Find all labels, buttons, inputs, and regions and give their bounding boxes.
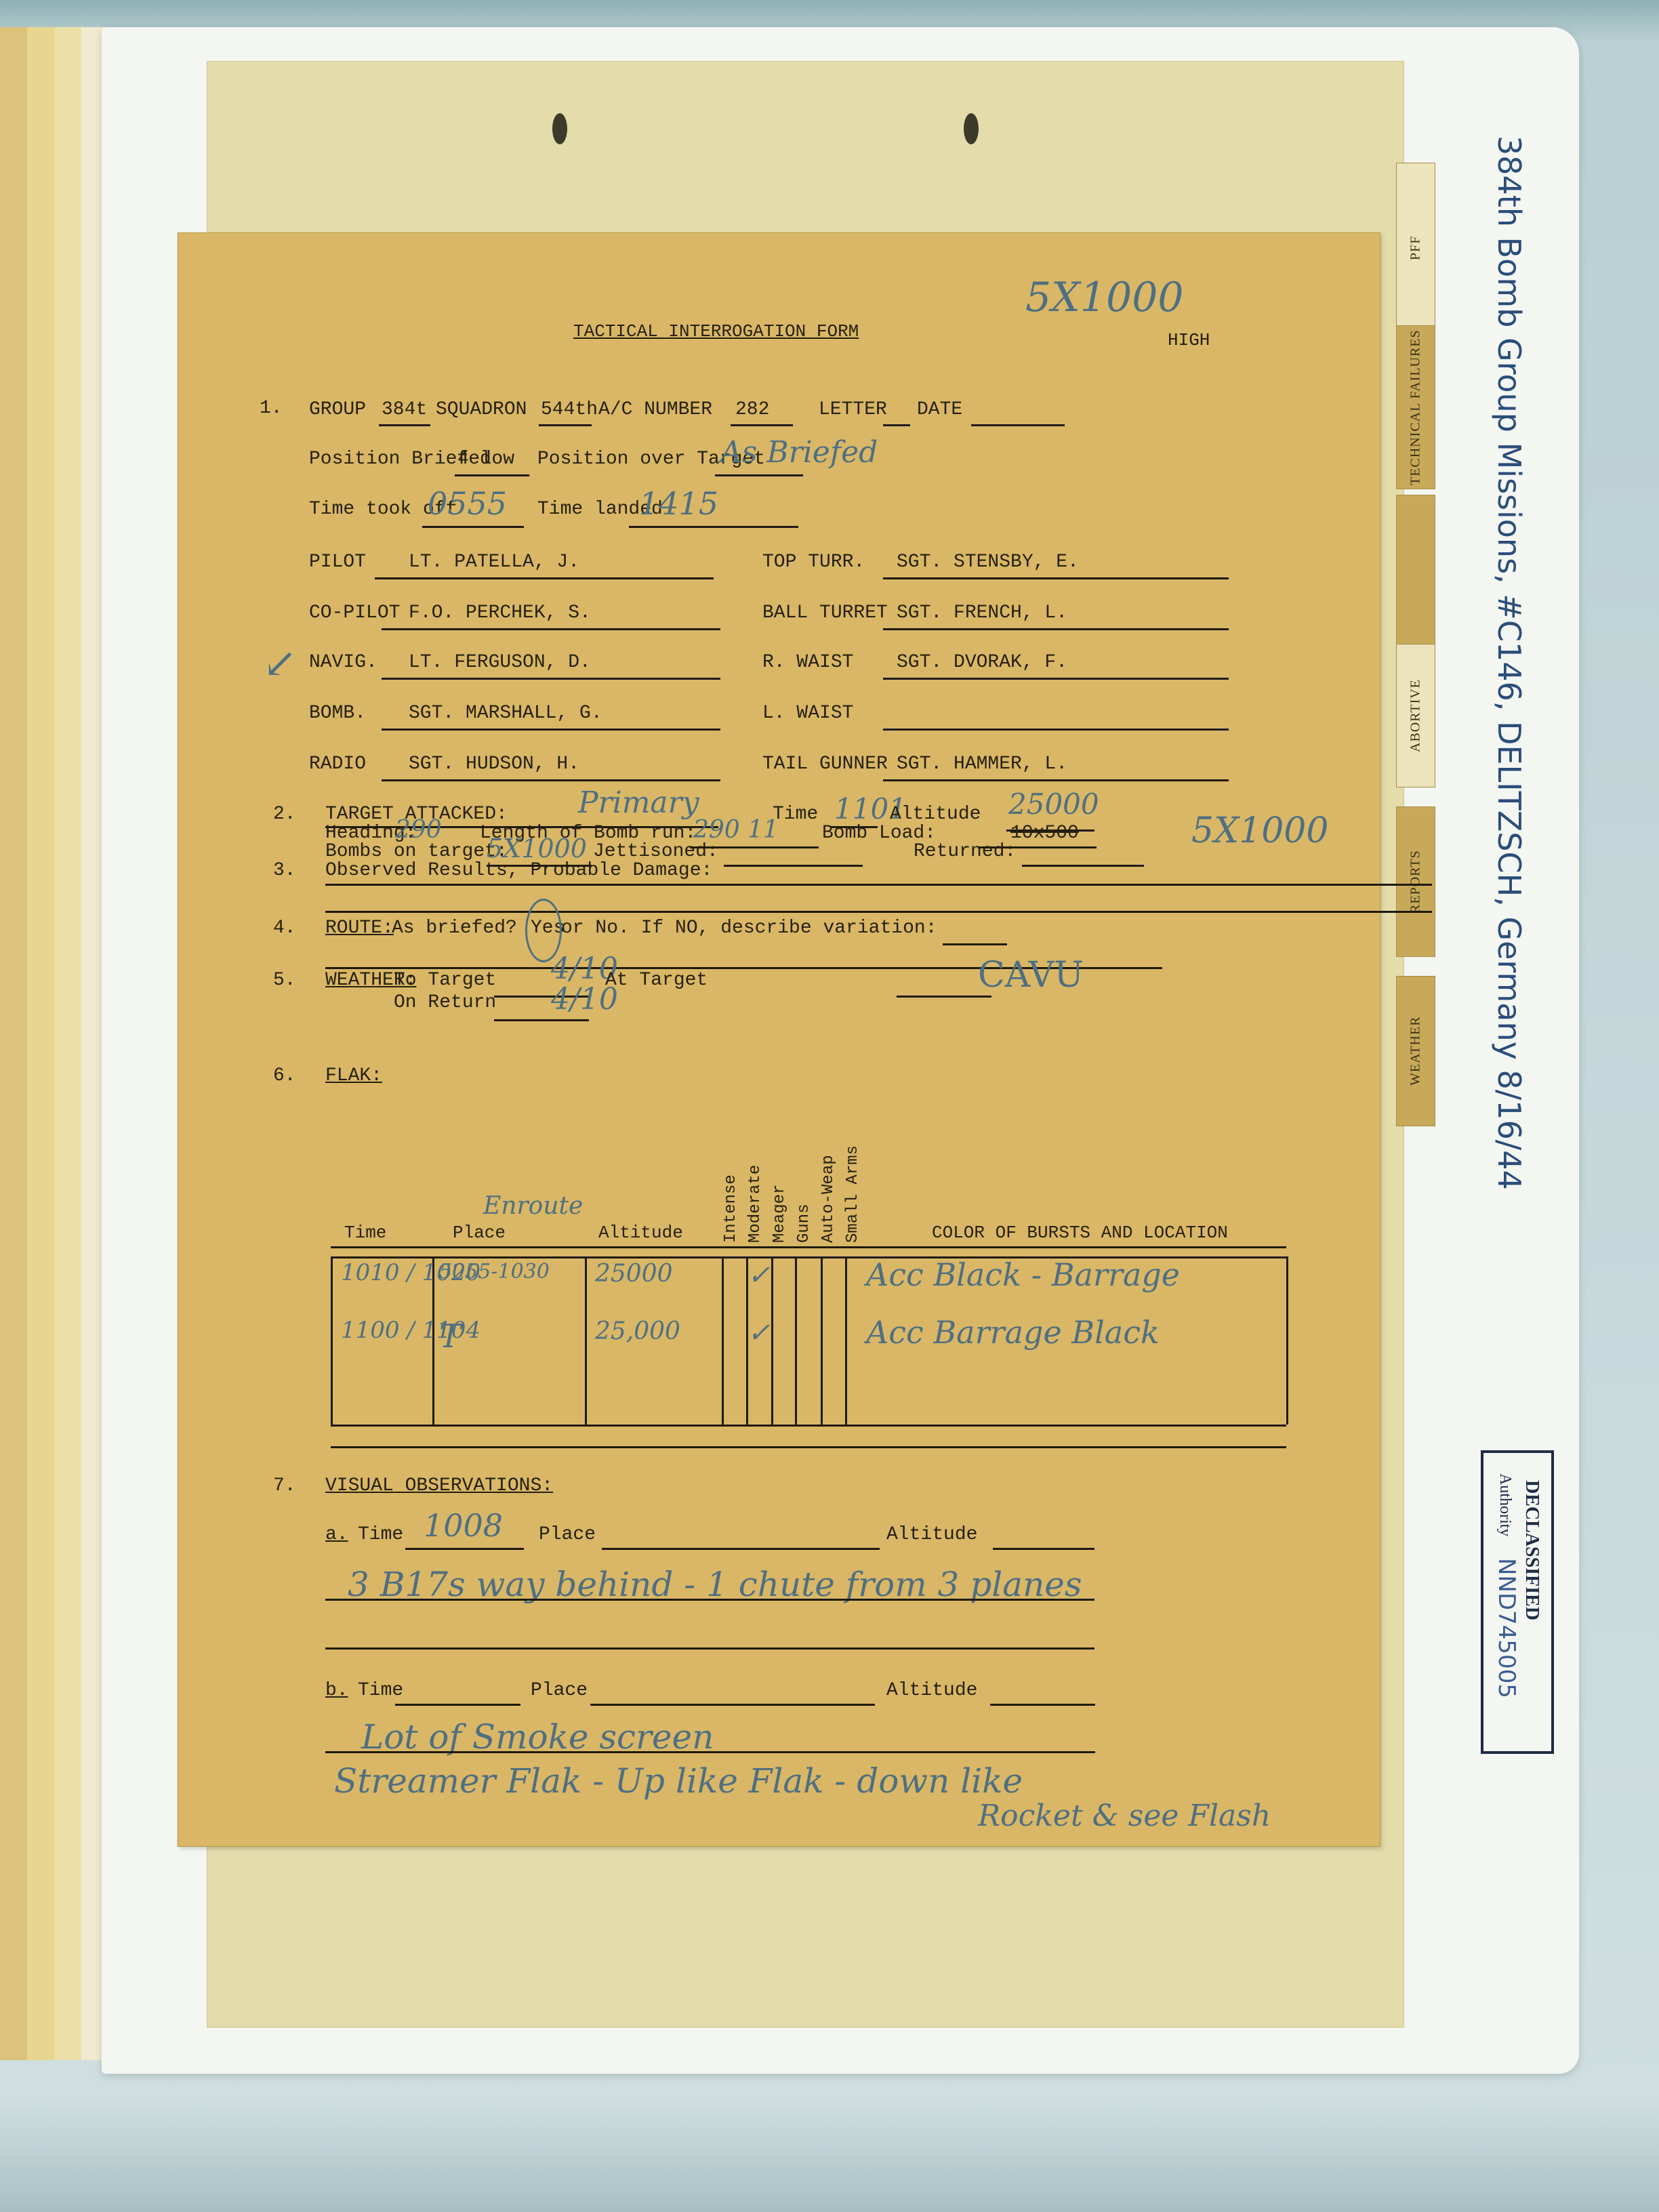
to-target-label: To Target bbox=[394, 970, 496, 991]
crew-member-name[interactable]: SGT. MARSHALL, G. bbox=[409, 703, 602, 724]
flak-col-guns: Guns bbox=[795, 1107, 813, 1243]
crew-role-label: TOP TURR. bbox=[762, 552, 865, 573]
flak-col-meager: Meager bbox=[771, 1107, 789, 1243]
target-altitude-value[interactable]: 25000 bbox=[1008, 787, 1099, 821]
flak-row-color-location: Acc Black - Barrage bbox=[866, 1256, 1180, 1293]
flak-row-meager-check-icon: ✓ bbox=[747, 1260, 771, 1291]
crew-member-name[interactable]: SGT. DVORAK, F. bbox=[897, 652, 1067, 673]
section-4-num: 4. bbox=[273, 918, 296, 939]
section-5-num: 5. bbox=[273, 970, 296, 991]
tab-reports[interactable]: REPORTS bbox=[1396, 806, 1435, 957]
obs-a-time-label: Time bbox=[358, 1524, 403, 1545]
visual-observations-label: VISUAL OBSERVATIONS: bbox=[325, 1475, 553, 1496]
flak-row-place: 5055-1030 bbox=[439, 1260, 550, 1284]
flak-place-note: Enroute bbox=[483, 1192, 583, 1220]
tab-blank[interactable] bbox=[1396, 495, 1435, 645]
flak-col-time: Time bbox=[344, 1223, 386, 1243]
obs-b-place-label: Place bbox=[531, 1680, 588, 1701]
time-took-off-value[interactable]: 0555 bbox=[428, 485, 507, 522]
flak-col-divider bbox=[331, 1256, 333, 1425]
flak-col-moderate: Moderate bbox=[746, 1107, 764, 1243]
position-briefed-value[interactable]: 4 low bbox=[457, 449, 514, 470]
ac-number-label: A/C NUMBER bbox=[598, 399, 712, 420]
obs-b-note-2: Streamer Flak - Up like Flak - down like bbox=[334, 1761, 1023, 1801]
obs-b-note-3: Rocket & see Flash bbox=[978, 1799, 1271, 1833]
flak-bottom-rule bbox=[331, 1425, 1286, 1427]
crew-role-label: PILOT bbox=[309, 552, 366, 573]
obs-b-letter: b. bbox=[325, 1680, 348, 1701]
flak-col-divider bbox=[845, 1256, 847, 1425]
tab-technical-failures[interactable]: TECHNICAL FAILURES bbox=[1396, 325, 1435, 489]
form-title: TACTICAL INTERROGATION FORM bbox=[573, 321, 859, 342]
flak-col-altitude: Altitude bbox=[598, 1223, 683, 1243]
bomb-load-correction: 5X1000 bbox=[1191, 811, 1328, 851]
target-time-label: Time bbox=[773, 804, 818, 825]
crew-member-name[interactable]: LT. FERGUSON, D. bbox=[409, 652, 591, 673]
group-label: GROUP bbox=[309, 399, 366, 420]
stamp-title: DECLASSIFIED bbox=[1521, 1480, 1542, 1620]
obs-a-letter: a. bbox=[325, 1524, 348, 1545]
crew-role-label: R. WAIST bbox=[762, 652, 853, 673]
stamp-authority-value: NND745005 bbox=[1493, 1558, 1520, 1698]
ac-number-value[interactable]: 282 bbox=[735, 399, 769, 420]
letter-label: LETTER bbox=[819, 399, 887, 420]
flak-col-intense: Intense bbox=[722, 1107, 740, 1243]
flak-col-color-location: COLOR OF BURSTS AND LOCATION bbox=[932, 1223, 1228, 1243]
crew-role-label: CO-PILOT bbox=[309, 602, 400, 623]
flak-col-divider bbox=[1286, 1256, 1288, 1425]
observed-results-label: Observed Results, Probable Damage: bbox=[325, 860, 712, 881]
declassified-stamp: DECLASSIFIED Authority NND745005 bbox=[1481, 1450, 1554, 1754]
squadron-value[interactable]: 544th bbox=[541, 399, 598, 420]
top-note: 5X1000 bbox=[1025, 274, 1184, 321]
at-target-value[interactable]: CAVU bbox=[978, 955, 1084, 996]
position-over-target-value[interactable]: As Briefed bbox=[720, 435, 878, 470]
jettisoned-label: Jettisoned: bbox=[593, 841, 718, 862]
crew-role-label: BOMB. bbox=[309, 703, 366, 724]
section-2-num: 2. bbox=[273, 804, 296, 825]
tab-pff[interactable]: PFF bbox=[1396, 163, 1435, 333]
date-label: DATE bbox=[917, 399, 962, 420]
flak-col-small-arms: Small Arms bbox=[844, 1107, 862, 1243]
returned-label: Returned: bbox=[914, 841, 1016, 862]
flak-row-meager-check-icon: ✓ bbox=[747, 1317, 771, 1349]
altitude-class: HIGH bbox=[1168, 330, 1210, 350]
flak-label: FLAK: bbox=[325, 1065, 382, 1086]
crew-role-label: TAIL GUNNER bbox=[762, 754, 888, 775]
group-value[interactable]: 384t bbox=[382, 399, 427, 420]
flak-col-place: Place bbox=[453, 1223, 506, 1243]
flak-col-divider bbox=[771, 1256, 773, 1425]
punch-hole-right bbox=[964, 113, 979, 144]
flak-row-place: T bbox=[439, 1317, 461, 1355]
stamp-authority-label: Authority bbox=[1496, 1473, 1514, 1536]
crew-member-name[interactable]: SGT. FRENCH, L. bbox=[897, 602, 1067, 623]
on-return-label: On Return bbox=[394, 992, 496, 1013]
flak-col-divider bbox=[722, 1256, 724, 1425]
obs-a-time-value[interactable]: 1008 bbox=[424, 1507, 503, 1544]
obs-b-time-label: Time bbox=[358, 1680, 403, 1701]
check-mark-icon: ↙ bbox=[263, 640, 297, 687]
bomb-load-value[interactable]: 10x500 bbox=[1010, 823, 1079, 844]
crew-role-label: L. WAIST bbox=[762, 703, 853, 724]
flak-col-divider bbox=[821, 1256, 823, 1425]
crew-role-label: RADIO bbox=[309, 754, 366, 775]
bombs-on-target-value[interactable]: 5X1000 bbox=[487, 834, 587, 863]
crew-member-name[interactable]: SGT. STENSBY, E. bbox=[897, 552, 1079, 573]
crew-member-name[interactable]: LT. PATELLA, J. bbox=[409, 552, 579, 573]
crew-role-label: BALL TURRET bbox=[762, 602, 888, 623]
flak-row-color-location: Acc Barrage Black bbox=[866, 1314, 1160, 1351]
section-7-num: 7. bbox=[273, 1475, 296, 1496]
route-question: As briefed? bbox=[392, 918, 517, 939]
folder-side-note: 384th Bomb Group Missions, #C146, DELITZ… bbox=[1491, 136, 1528, 1190]
at-target-label: At Target bbox=[605, 970, 708, 991]
section-3-num: 3. bbox=[273, 860, 296, 881]
flak-row-altitude: 25,000 bbox=[595, 1317, 680, 1345]
flak-col-divider bbox=[795, 1256, 797, 1425]
section-6-num: 6. bbox=[273, 1065, 296, 1086]
crew-member-name[interactable]: SGT. HAMMER, L. bbox=[897, 754, 1067, 775]
target-altitude-label: Altitude bbox=[890, 804, 981, 825]
flak-row-altitude: 25000 bbox=[595, 1260, 673, 1288]
obs-a-place-label: Place bbox=[539, 1524, 596, 1545]
punch-hole-left bbox=[552, 113, 567, 144]
bombs-on-target-label: Bombs on target: bbox=[325, 841, 508, 862]
obs-b-altitude-label: Altitude bbox=[886, 1680, 977, 1701]
crew-member-name[interactable]: F.O. PERCHEK, S. bbox=[409, 602, 591, 623]
length-of-bomb-run-value[interactable]: 290 11 bbox=[693, 816, 779, 844]
route-no-option: or No. If NO, describe variation: bbox=[561, 918, 937, 939]
flak-col-auto-weap: Auto-Weap bbox=[819, 1107, 838, 1243]
tab-weather[interactable]: WEATHER bbox=[1396, 976, 1435, 1126]
flak-col-divider bbox=[585, 1256, 587, 1425]
tab-abortive[interactable]: ABORTIVE bbox=[1396, 644, 1435, 787]
crew-member-name[interactable]: SGT. HUDSON, H. bbox=[409, 754, 579, 775]
section-1-num: 1. bbox=[260, 398, 283, 419]
time-landed-value[interactable]: 1415 bbox=[639, 485, 718, 522]
squadron-label: SQUADRON bbox=[436, 399, 527, 420]
target-attacked-value[interactable]: Primary bbox=[578, 785, 699, 820]
tactical-interrogation-form: TACTICAL INTERROGATION FORM 5X1000 HIGH … bbox=[178, 232, 1380, 1847]
flak-bottom-rule-2 bbox=[331, 1446, 1286, 1448]
heading-value[interactable]: 290 bbox=[395, 816, 442, 844]
route-label: ROUTE: bbox=[325, 918, 394, 939]
crew-role-label: NAVIG. bbox=[309, 652, 377, 673]
obs-a-altitude-label: Altitude bbox=[886, 1524, 977, 1545]
flak-header-rule bbox=[331, 1246, 1286, 1248]
